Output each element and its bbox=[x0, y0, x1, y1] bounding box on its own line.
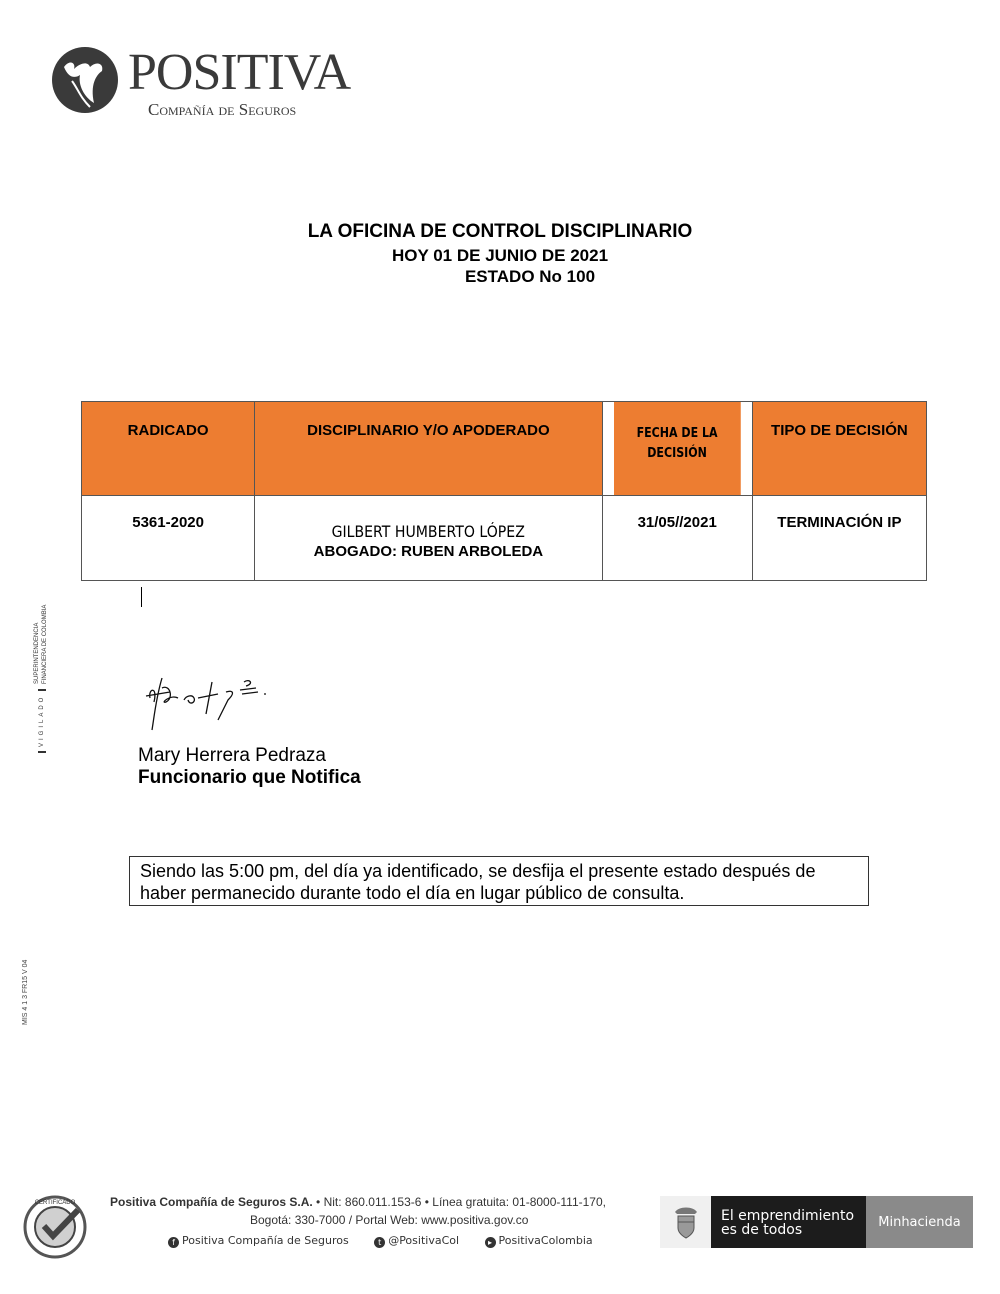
signer-role: Funcionario que Notifica bbox=[138, 767, 361, 789]
column-header-tipo: TIPO DE DECISIÓN bbox=[752, 402, 926, 496]
vigilado-entity: SUPERINTENDENCIA FINANCIERA DE COLOMBIA bbox=[33, 594, 49, 687]
positiva-swirl-logo-icon bbox=[50, 45, 120, 115]
text-cursor bbox=[141, 587, 142, 607]
social-youtube[interactable]: ▸PositivaColombia bbox=[485, 1234, 593, 1247]
office-title: LA OFICINA DE CONTROL DISCIPLINARIO bbox=[0, 221, 1000, 243]
vigilado-label: VIGILADO bbox=[38, 689, 46, 753]
column-header-radicado: RADICADO bbox=[82, 402, 255, 496]
column-header-fecha: FECHA DE LA DECISIÓN bbox=[613, 402, 741, 496]
slogan-line-2: es de todos bbox=[721, 1223, 866, 1237]
brand-name: POSITIVA bbox=[128, 47, 350, 99]
company-logo: POSITIVA Compañía de Seguros bbox=[50, 45, 340, 125]
brand-subtitle: Compañía de Seguros bbox=[148, 100, 296, 120]
signer-name: Mary Herrera Pedraza bbox=[138, 745, 326, 767]
social-facebook[interactable]: fPositiva Compañía de Seguros bbox=[168, 1234, 349, 1247]
government-banner: El emprendimiento es de todos Minhaciend… bbox=[660, 1196, 973, 1248]
footer-nit-line: • Nit: 860.011.153-6 • Línea gratuita: 0… bbox=[313, 1195, 606, 1209]
footer-phone-web: Bogotá: 330-7000 / Portal Web: www.posit… bbox=[110, 1211, 650, 1229]
column-header-disciplinario: DISCIPLINARIO Y/O APODERADO bbox=[255, 402, 602, 496]
apoderado-name: ABOGADO: RUBEN ARBOLEDA bbox=[255, 543, 601, 560]
facebook-label: Positiva Compañía de Seguros bbox=[182, 1234, 349, 1247]
ministry-label: Minhacienda bbox=[866, 1196, 973, 1248]
cell-fecha: 31/05//2021 bbox=[602, 496, 752, 581]
date-title: HOY 01 DE JUNIO DE 2021 bbox=[0, 246, 1000, 266]
government-slogan: El emprendimiento es de todos bbox=[711, 1196, 866, 1248]
vigilado-stamp: VIGILADO SUPERINTENDENCIA FINANCIERA DE … bbox=[18, 590, 58, 760]
svg-text:CERTIFICADO: CERTIFICADO bbox=[35, 1200, 76, 1206]
column-header-fecha-label: FECHA DE LA DECISIÓN bbox=[635, 424, 720, 464]
facebook-icon: f bbox=[168, 1237, 179, 1248]
footer-social-links: fPositiva Compañía de Seguros t@Positiva… bbox=[110, 1232, 650, 1250]
footer-company: Positiva Compañía de Seguros S.A. bbox=[110, 1195, 313, 1209]
youtube-icon: ▸ bbox=[485, 1237, 496, 1248]
footer-contact-info: Positiva Compañía de Seguros S.A. • Nit:… bbox=[110, 1193, 650, 1250]
social-twitter[interactable]: t@PositivaCol bbox=[374, 1234, 459, 1247]
form-code: MIS 4 1 3 FR15 V 04 bbox=[22, 985, 42, 1025]
estado-table: RADICADO DISCIPLINARIO Y/O APODERADO FEC… bbox=[81, 401, 927, 581]
social-responsibility-certificate-icon: CERTIFICADO bbox=[20, 1192, 90, 1262]
table-header-row: RADICADO DISCIPLINARIO Y/O APODERADO FEC… bbox=[82, 402, 927, 496]
twitter-icon: t bbox=[374, 1237, 385, 1248]
youtube-label: PositivaColombia bbox=[499, 1234, 593, 1247]
cell-radicado: 5361-2020 bbox=[82, 496, 255, 581]
desfijacion-notice: Siendo las 5:00 pm, del día ya identific… bbox=[129, 856, 869, 906]
handwritten-signature bbox=[140, 668, 340, 738]
cell-tipo: TERMINACIÓN IP bbox=[752, 496, 926, 581]
table-row: 5361-2020 GILBERT HUMBERTO LÓPEZ ABOGADO… bbox=[82, 496, 927, 581]
colombia-coat-of-arms-icon bbox=[660, 1196, 711, 1248]
twitter-label: @PositivaCol bbox=[388, 1234, 459, 1247]
disciplinado-name: GILBERT HUMBERTO LÓPEZ bbox=[276, 522, 581, 541]
slogan-line-1: El emprendimiento bbox=[721, 1209, 866, 1223]
cell-disciplinario: GILBERT HUMBERTO LÓPEZ ABOGADO: RUBEN AR… bbox=[255, 496, 602, 581]
estado-title: ESTADO No 100 bbox=[0, 267, 1000, 287]
